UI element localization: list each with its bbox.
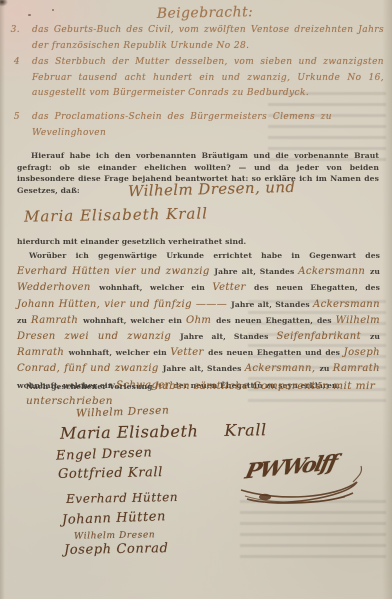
item-number: 4 (2, 57, 20, 67)
form-text: wohnhaft, welcher ein (99, 283, 212, 292)
item-number: 5 (2, 112, 20, 122)
handwritten-fill: Vetter (170, 347, 208, 358)
item-number: 3. (2, 25, 20, 35)
form-text: Nach geschehener Vorlesung (26, 382, 155, 391)
ink-speck (52, 9, 54, 11)
signature-surname: Krall (224, 420, 267, 440)
married-statement-text: hierdurch mit einander gesetzlich verhei… (17, 237, 246, 246)
handwritten-fill: Ackersmann, (245, 363, 320, 374)
exhibit-item: das Sterbbuch der Mutter desselben, vom … (32, 55, 384, 102)
form-text: Jahre alt, Standes (214, 267, 298, 276)
form-text: des neuen Ehegatten, des (254, 283, 380, 292)
form-text: Jahre alt, Standes (180, 332, 276, 341)
form-text: wohnhaft, welcher ein (83, 316, 186, 325)
form-text: zu (370, 332, 380, 341)
page-title: Beigebracht: (110, 3, 300, 22)
handwritten-fill: Ackersmann (298, 266, 370, 277)
exhibit-item: das Geburts-Buch des Civil, vom zwölften… (32, 23, 384, 54)
form-text: Jahre alt, Standes (163, 364, 245, 373)
handwritten-fill: Vetter (212, 282, 254, 293)
married-statement: hierdurch mit einander gesetzlich verhei… (17, 236, 379, 248)
exhibit-item: das Proclamations-Schein des Bürgermeist… (32, 110, 332, 141)
form-text: des neuen Ehegatten und des (208, 348, 344, 357)
form-text: zu (320, 364, 333, 373)
signature: Wilhelm Dresen (74, 530, 155, 541)
signature-first-names: Maria Elisabeth (60, 421, 199, 442)
form-text: wohnhaft, welcher ein (69, 348, 171, 357)
page-edge-left (0, 0, 5, 599)
signature: Maria ElisabethKrall (60, 420, 267, 443)
official-signature: PWWolff (235, 452, 375, 512)
signature-flourish (235, 452, 375, 512)
form-text: zu (17, 316, 31, 325)
form-text: des neuen Ehegatten, des (216, 316, 336, 325)
bride-name: Maria Elisabeth Krall (24, 204, 208, 225)
handwritten-fill: Ackersmann (313, 299, 380, 310)
signature: Everhard Hütten (66, 490, 178, 506)
handwritten-fill: Johann Hütten, vier und fünfzig ——— (17, 299, 231, 310)
signature: Joseph Conrad (64, 541, 169, 558)
form-text: Worüber ich gegenwärtige Urkunde erricht… (29, 251, 380, 260)
handwritten-fill: Everhard Hütten vier und zwanzig (17, 266, 214, 277)
witness-paragraph: Worüber ich gegenwärtige Urkunde erricht… (17, 248, 380, 394)
form-text: zu (370, 267, 380, 276)
corner-ink-mark (0, 0, 14, 10)
signature: Gottfried Krall (58, 465, 163, 482)
closing-clause: Nach geschehener Vorlesung haben sämtlic… (26, 379, 376, 409)
handwritten-fill: Ohm (186, 315, 216, 326)
ink-speck (28, 14, 31, 16)
handwritten-fill: Seifenfabrikant (277, 331, 370, 342)
handwritten-fill: Ramrath (333, 363, 380, 374)
handwritten-fill: Ramrath (31, 315, 83, 326)
handwritten-fill: Wedderhoven (17, 282, 99, 293)
form-text: Jahre alt, Standes (231, 300, 313, 309)
handwritten-fill: Ramrath (17, 347, 69, 358)
